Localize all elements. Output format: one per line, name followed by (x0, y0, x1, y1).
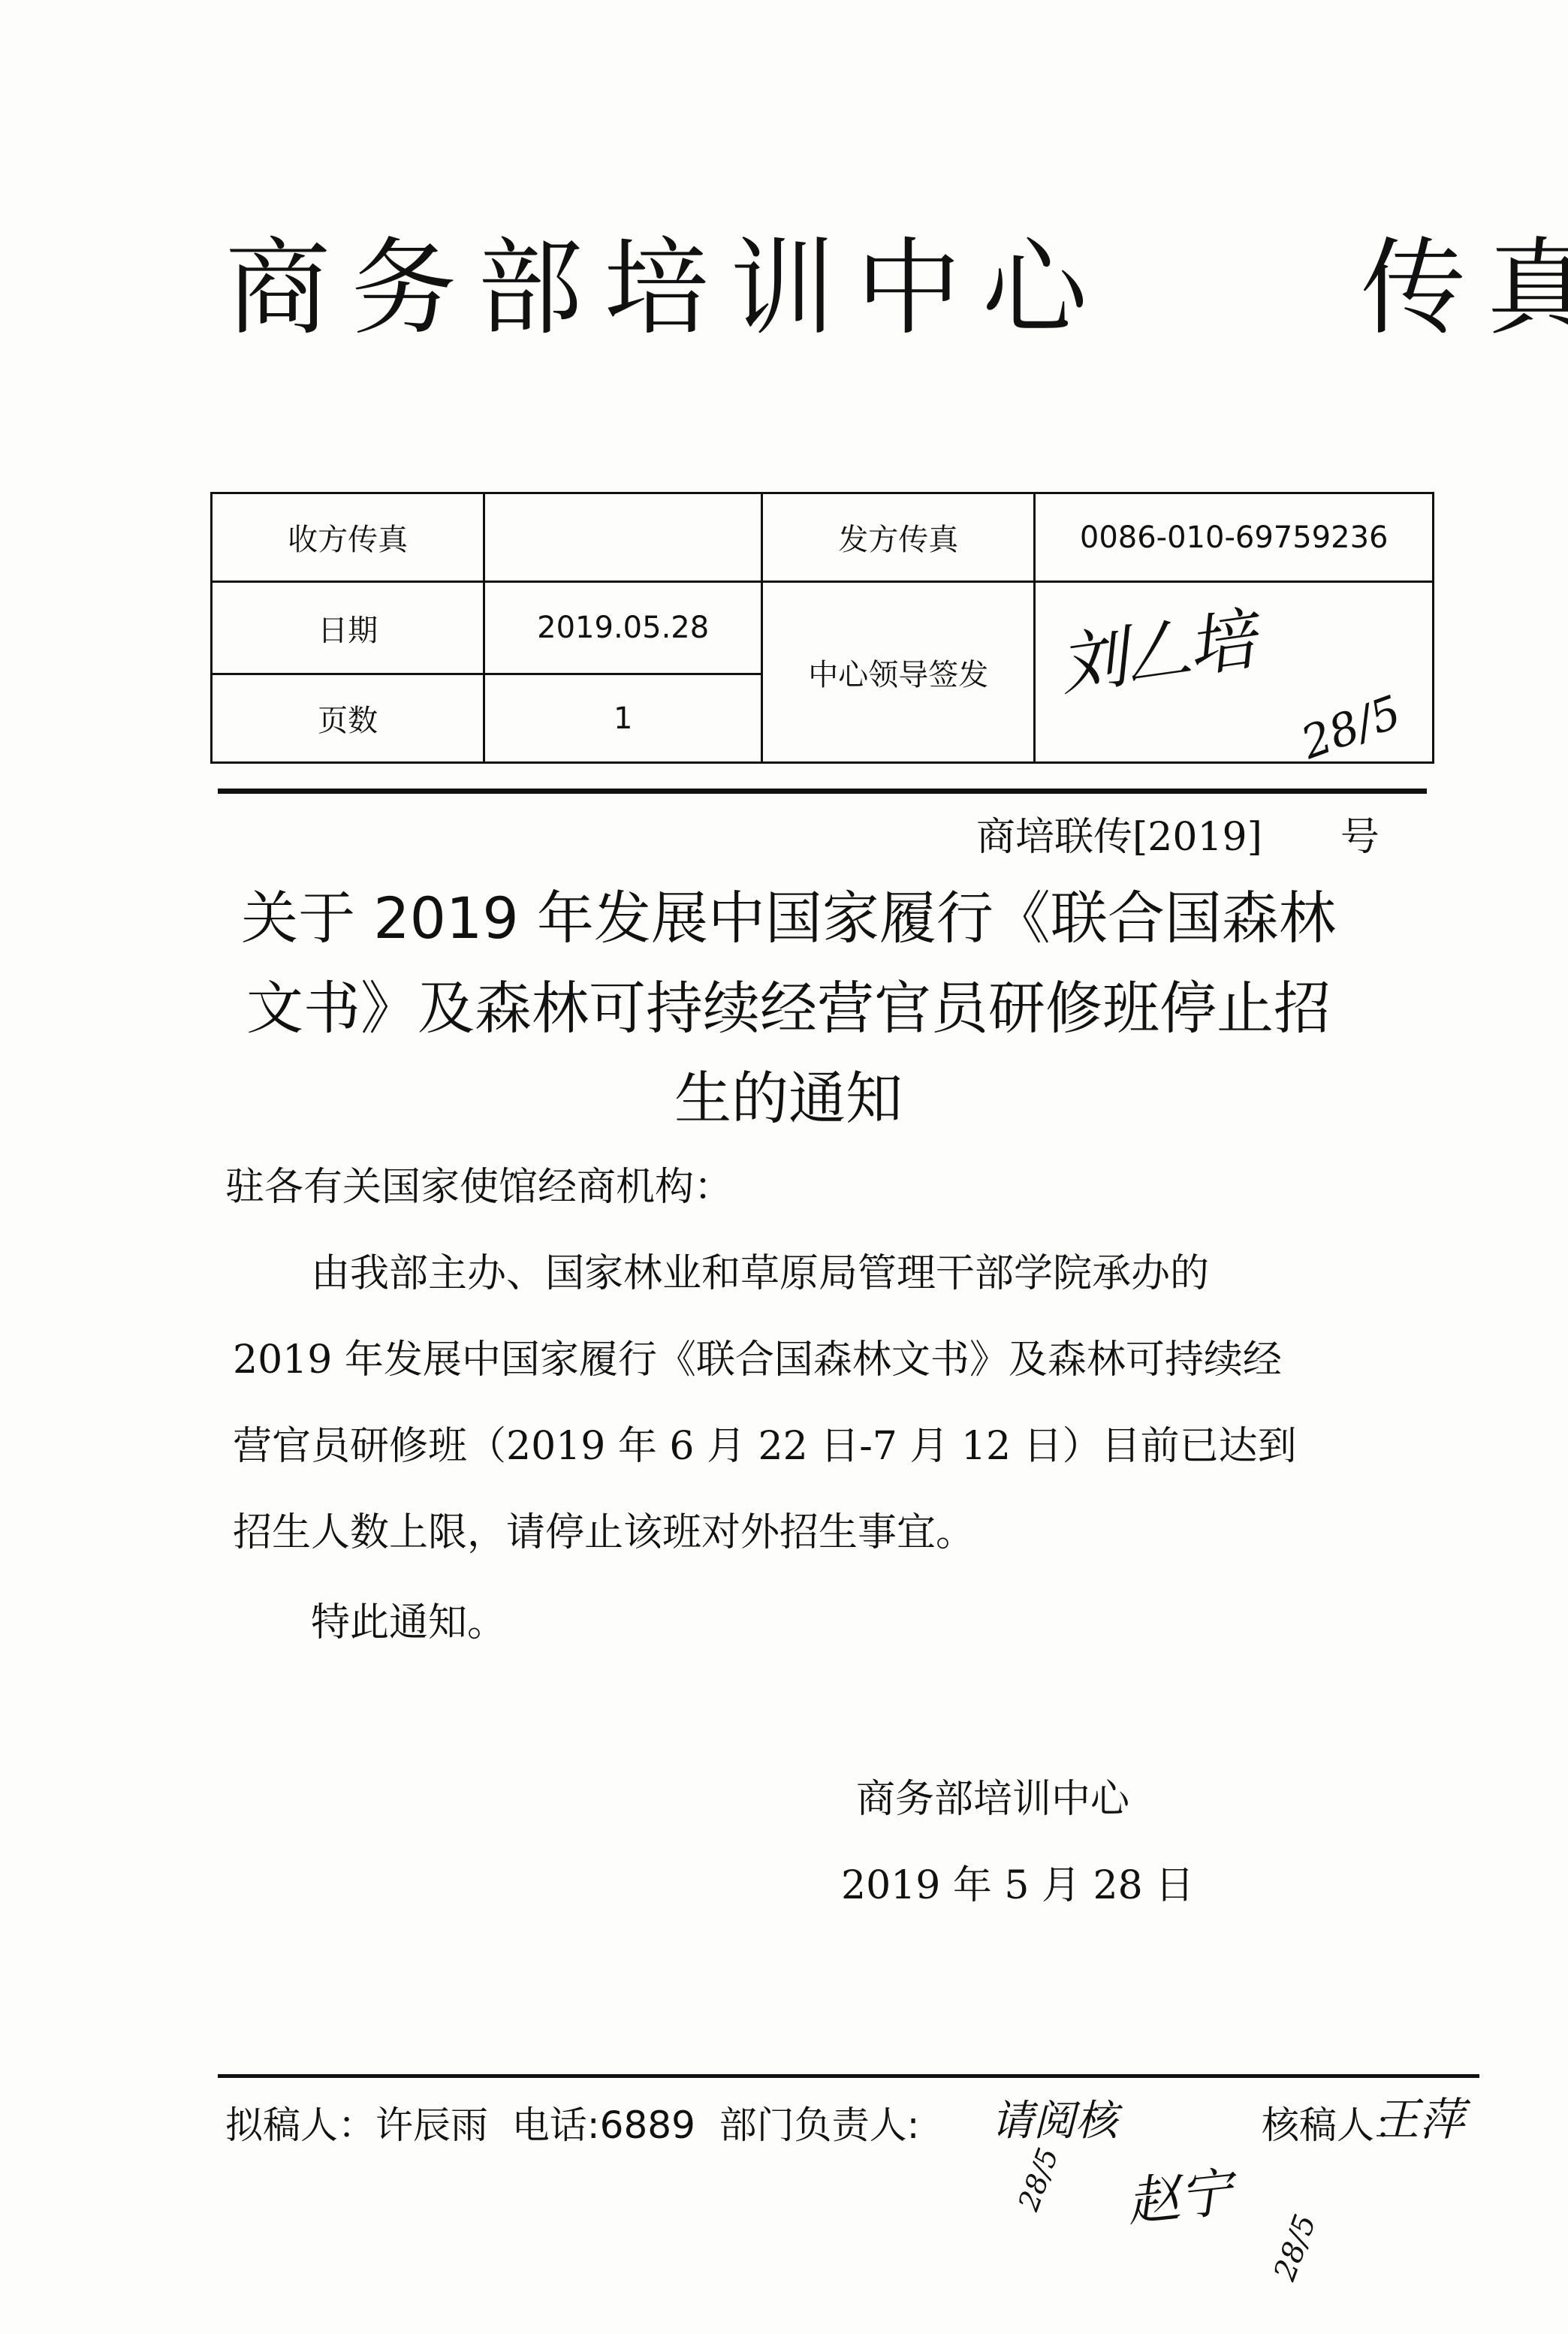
pages-value: 1 (484, 674, 762, 763)
extra-signature: 赵宁 (1123, 2150, 1235, 2236)
closing: 特此通知。 (233, 1603, 506, 1642)
document-number: 商培联传[2019] 号 (976, 805, 1380, 861)
date-label: 日期 (212, 582, 484, 674)
date-value: 2019.05.28 (484, 582, 762, 674)
reviewer-signature: 王萍 (1374, 2084, 1464, 2149)
receiver-fax-label: 收方传真 (212, 493, 484, 582)
footer-divider (218, 2074, 1479, 2078)
approval-signature: 刘𠃋培 (1053, 585, 1259, 709)
body-line-2: 2019 年发展中国家履行《联合国森林文书》及森林可持续经 (233, 1340, 1282, 1380)
extra-date-1: 28/5 (1012, 2143, 1065, 2215)
header-divider (218, 789, 1427, 794)
signature-date: 2019 年 5 月 28 日 (841, 1866, 1194, 1905)
notice-title-line-3: 生的通知 (218, 1070, 1359, 1127)
body-line-1: 由我部主办、国家林业和草原局管理干部学院承办的 (233, 1254, 1209, 1293)
approval-signature-cell: 刘𠃋培 28/5 (1035, 582, 1434, 763)
approval-signature-date: 28/5 (1295, 686, 1408, 770)
sender-fax-value: 0086-010-69759236 (1035, 493, 1434, 582)
notice-title-line-2: 文书》及森林可持续经营官员研修班停止招 (218, 980, 1359, 1037)
footer-drafter-info: 拟稿人：许辰雨 电话:6889 部门负责人: (225, 2095, 920, 2149)
receiver-fax-value (484, 493, 762, 582)
dept-head-signature: 请阅核 (991, 2088, 1117, 2148)
body-line-3: 营官员研修班（2019 年 6 月 22 日-7 月 12 日）目前已达到 (233, 1427, 1297, 1466)
fax-header-title: 商务部培训中心 传真 (225, 237, 1568, 342)
approval-label: 中心领导签发 (762, 582, 1035, 763)
salutation: 驻各有关国家使馆经商机构： (225, 1168, 733, 1207)
extra-date-2: 28/5 (1268, 2210, 1323, 2285)
signature-organization: 商务部培训中心 (856, 1780, 1129, 1819)
body-line-4: 招生人数上限，请停止该班对外招生事宜。 (233, 1513, 975, 1552)
fax-info-table: 收方传真 发方传真 0086-010-69759236 日期 2019.05.2… (210, 492, 1434, 764)
pages-label: 页数 (212, 674, 484, 763)
notice-title-line-1: 关于 2019 年发展中国家履行《联合国森林 (218, 890, 1359, 947)
sender-fax-label: 发方传真 (762, 493, 1035, 582)
